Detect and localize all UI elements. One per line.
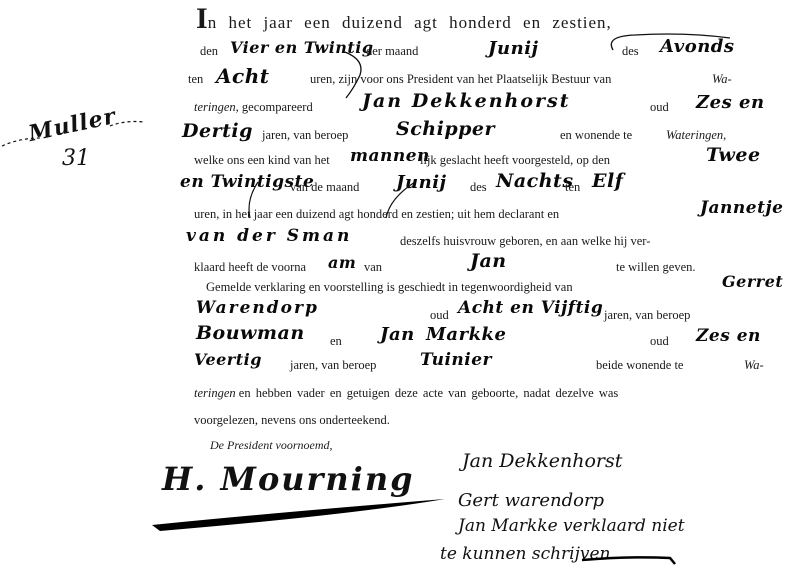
signature-witness-1: Gert warendorp: [458, 490, 604, 511]
printed-text-italic: teringen: [194, 100, 236, 114]
handwritten-witness1-age: Acht en Vijftig: [458, 298, 603, 318]
printed-text: ten: [565, 180, 580, 195]
birth-record-page: Muller 31 In het jaar een duizend agt ho…: [0, 0, 800, 588]
handwritten-mother-surname: van der Sman: [186, 226, 352, 246]
handwritten-witness2-age: Zes en: [696, 326, 761, 346]
handwritten-father-age: Zes en: [696, 92, 765, 113]
printed-text: den: [200, 44, 218, 59]
handwritten-hour: Acht: [216, 64, 269, 88]
handwritten-month: Junij: [488, 38, 539, 59]
printed-text: oud: [650, 100, 669, 115]
printed-text: lijk geslacht heeft voorgesteld, op den: [420, 153, 610, 168]
handwritten-father-occupation: Schipper: [396, 118, 495, 140]
handwritten-witness1-first-name: Gerret: [722, 272, 783, 291]
printed-text: en hebben vader en getuigen deze acte va…: [239, 386, 618, 400]
drop-cap: I: [196, 2, 208, 35]
printed-text: des: [470, 180, 487, 195]
signature-underline-flourish-icon: [150, 495, 450, 535]
printed-text: te willen geven.: [616, 260, 696, 275]
handwritten-witness1-occupation: Bouwman: [196, 322, 305, 344]
margin-number: 31: [62, 146, 90, 171]
handwritten-child-name: Jan: [470, 250, 507, 272]
handwritten-father-age-cont: Dertig: [182, 120, 253, 142]
printed-text: ten: [188, 72, 203, 87]
printed-text: welke ons een kind van het: [194, 153, 330, 168]
president-label: De President voornoemd,: [210, 438, 333, 453]
ink-flourish-icon: [605, 32, 735, 52]
handwritten-witness2-occupation: Tuinier: [420, 350, 492, 370]
printed-text: van de maand: [290, 180, 359, 195]
signature-father: Jan Dekkenhorst: [462, 450, 622, 472]
president-signature: H. Mourning: [162, 460, 414, 498]
printed-text: beide wonende te: [596, 358, 683, 373]
printed-text: Gemelde verklaring en voorstelling is ge…: [206, 280, 573, 295]
printed-text-italic: teringen: [194, 386, 236, 400]
handwritten-sex: mannen: [350, 146, 430, 166]
handwritten-birth-day: Twee: [706, 144, 761, 166]
form-line-1: In het jaar een duizend agt honderd en z…: [196, 6, 612, 33]
printed-text: oud: [430, 308, 449, 323]
handwritten-birth-hour: Elf: [592, 170, 623, 192]
handwritten-witness2-first-name: Jan: [380, 324, 415, 345]
printed-text: , gecompareerd: [236, 100, 313, 114]
signature-witness-2-note: Jan Markke verklaard niet: [458, 516, 685, 536]
handwritten-suffix: am: [328, 253, 356, 272]
signature-end-flourish-icon: [580, 550, 680, 570]
printed-text: en wonende te: [560, 128, 632, 143]
printed-text: oud: [650, 334, 669, 349]
handwritten-father-name: Jan Dekkenhorst: [362, 90, 571, 112]
printed-text: jaren, van beroep: [290, 358, 376, 373]
printed-text: jaren, van beroep: [604, 308, 690, 323]
printed-text: teringen, gecompareerd: [194, 100, 313, 115]
handwritten-witness2-age-cont: Veertig: [194, 350, 262, 369]
margin-flourish-icon: [0, 108, 160, 148]
ink-flourish-icon: [240, 180, 270, 220]
printed-text-italic: Wa-: [744, 358, 764, 373]
printed-text: n het jaar een duizend agt honderd en ze…: [208, 13, 612, 32]
handwritten-mother-first-name: Jannetje: [700, 198, 783, 218]
ink-flourish-icon: [380, 180, 420, 220]
printed-text-italic: Wateringen,: [666, 128, 726, 143]
printed-text: deszelfs huisvrouw geboren, en aan welke…: [400, 234, 650, 249]
printed-text: klaard heeft de voorna: [194, 260, 306, 275]
handwritten-witness1-surname: Warendorp: [196, 298, 319, 318]
handwritten-witness2-surname: Markke: [426, 324, 506, 345]
printed-text: jaren, van beroep: [262, 128, 348, 143]
printed-text: en: [330, 334, 342, 349]
printed-text: van: [364, 260, 382, 275]
printed-text: teringen en hebben vader en getuigen dez…: [194, 386, 618, 401]
printed-text: voorgelezen, nevens ons onderteekend.: [194, 413, 390, 428]
handwritten-birth-time-of-day: Nachts: [496, 170, 574, 192]
printed-text: Wa-: [712, 72, 732, 87]
